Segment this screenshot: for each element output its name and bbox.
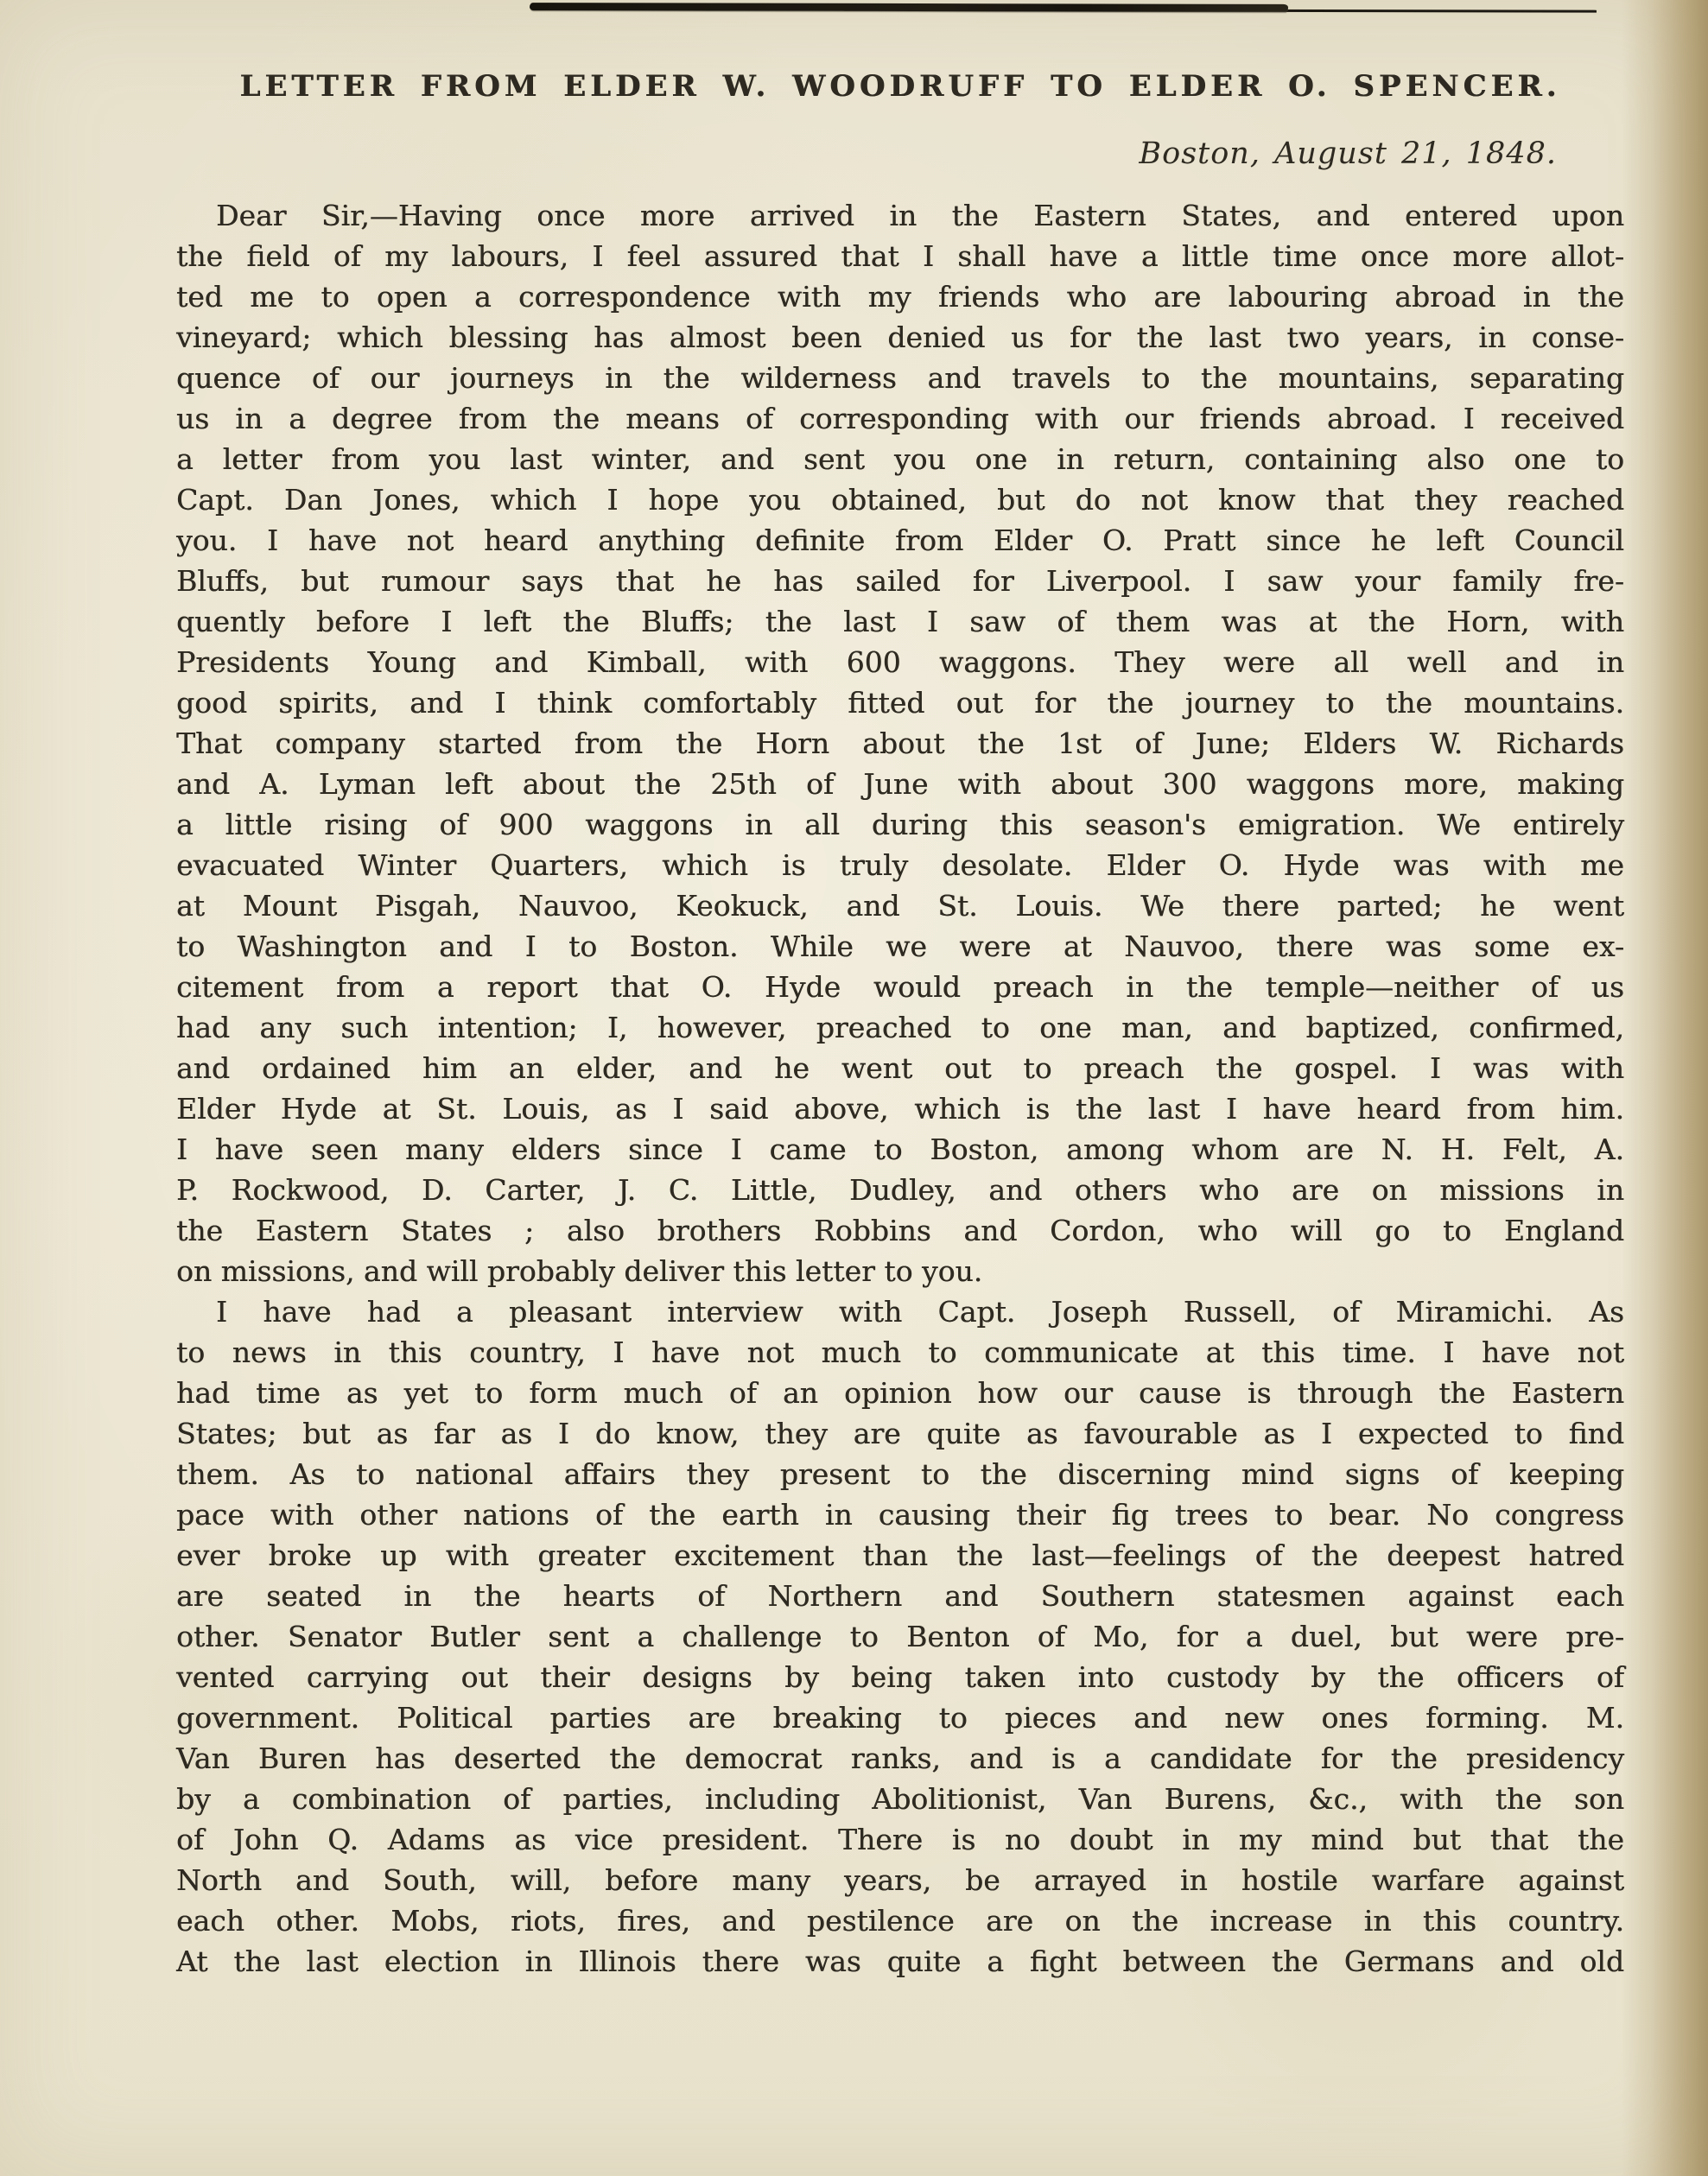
text-line: That company started from the Horn about…: [176, 723, 1624, 764]
text-line: of John Q. Adams as vice president. Ther…: [176, 1819, 1624, 1860]
text-line: ted me to open a correspondence with my …: [176, 276, 1624, 317]
letter-body: Dear Sir,—Having once more arrived in th…: [176, 195, 1624, 1982]
letter-dateline: Boston, August 21, 1848.: [176, 136, 1624, 171]
text-line: the Eastern States ; also brothers Robbi…: [176, 1210, 1624, 1251]
text-line: quence of our journeys in the wilderness…: [176, 358, 1624, 398]
text-line: to news in this country, I have not much…: [176, 1332, 1624, 1373]
text-line: are seated in the hearts of Northern and…: [176, 1576, 1624, 1616]
text-line: vineyard; which blessing has almost been…: [176, 317, 1624, 358]
text-line: Presidents Young and Kimball, with 600 w…: [176, 642, 1624, 682]
text-line: a little rising of 900 waggons in all du…: [176, 804, 1624, 845]
text-line: and ordained him an elder, and he went o…: [176, 1048, 1624, 1088]
text-line: had any such intention; I, however, prea…: [176, 1007, 1624, 1048]
text-line: at Mount Pisgah, Nauvoo, Keokuck, and St…: [176, 885, 1624, 926]
text-line: P. Rockwood, D. Carter, J. C. Little, Du…: [176, 1170, 1624, 1210]
text-line: I have seen many elders since I came to …: [176, 1129, 1624, 1170]
text-line: had time as yet to form much of an opini…: [176, 1373, 1624, 1413]
text-line: Van Buren has deserted the democrat rank…: [176, 1738, 1624, 1779]
text-line: pace with other nations of the earth in …: [176, 1494, 1624, 1535]
scanned-letter-page: { "document": { "title": "LETTER FROM EL…: [0, 0, 1708, 2176]
text-line: Elder Hyde at St. Louis, as I said above…: [176, 1088, 1624, 1129]
text-line: North and South, will, before many years…: [176, 1860, 1624, 1900]
text-line: quently before I left the Bluffs; the la…: [176, 601, 1624, 642]
text-line: Bluffs, but rumour says that he has sail…: [176, 561, 1624, 601]
letter-sheet: LETTER FROM ELDER W. WOODRUFF TO ELDER O…: [176, 0, 1624, 1982]
text-line: them. As to national affairs they presen…: [176, 1454, 1624, 1494]
text-line: I have had a pleasant interview with Cap…: [176, 1291, 1624, 1332]
text-line: ever broke up with greater excitement th…: [176, 1535, 1624, 1576]
text-line: Dear Sir,—Having once more arrived in th…: [176, 195, 1624, 236]
text-line: us in a degree from the means of corresp…: [176, 398, 1624, 439]
page-edge-shadow: [1622, 0, 1708, 2176]
text-line: and A. Lyman left about the 25th of June…: [176, 764, 1624, 804]
text-line: you. I have not heard anything definite …: [176, 520, 1624, 561]
text-line: to Washington and I to Boston. While we …: [176, 926, 1624, 967]
text-line: other. Senator Butler sent a challenge t…: [176, 1616, 1624, 1657]
text-line: a letter from you last winter, and sent …: [176, 439, 1624, 479]
letter-title: LETTER FROM ELDER W. WOODRUFF TO ELDER O…: [176, 69, 1624, 104]
text-line: At the last election in Illinois there w…: [176, 1941, 1624, 1982]
text-line: citement from a report that O. Hyde woul…: [176, 967, 1624, 1007]
text-line: States; but as far as I do know, they ar…: [176, 1413, 1624, 1454]
text-line: Capt. Dan Jones, which I hope you obtain…: [176, 479, 1624, 520]
paragraph: I have had a pleasant interview with Cap…: [176, 1291, 1624, 1982]
text-line: on missions, and will probably deliver t…: [176, 1251, 1624, 1291]
text-line: vented carrying out their designs by bei…: [176, 1657, 1624, 1697]
text-line: good spirits, and I think comfortably fi…: [176, 682, 1624, 723]
text-line: government. Political parties are breaki…: [176, 1697, 1624, 1738]
text-line: the field of my labours, I feel assured …: [176, 236, 1624, 276]
paragraph: Dear Sir,—Having once more arrived in th…: [176, 195, 1624, 1291]
text-line: evacuated Winter Quarters, which is trul…: [176, 845, 1624, 885]
text-line: each other. Mobs, riots, fires, and pest…: [176, 1900, 1624, 1941]
text-line: by a combination of parties, including A…: [176, 1779, 1624, 1819]
